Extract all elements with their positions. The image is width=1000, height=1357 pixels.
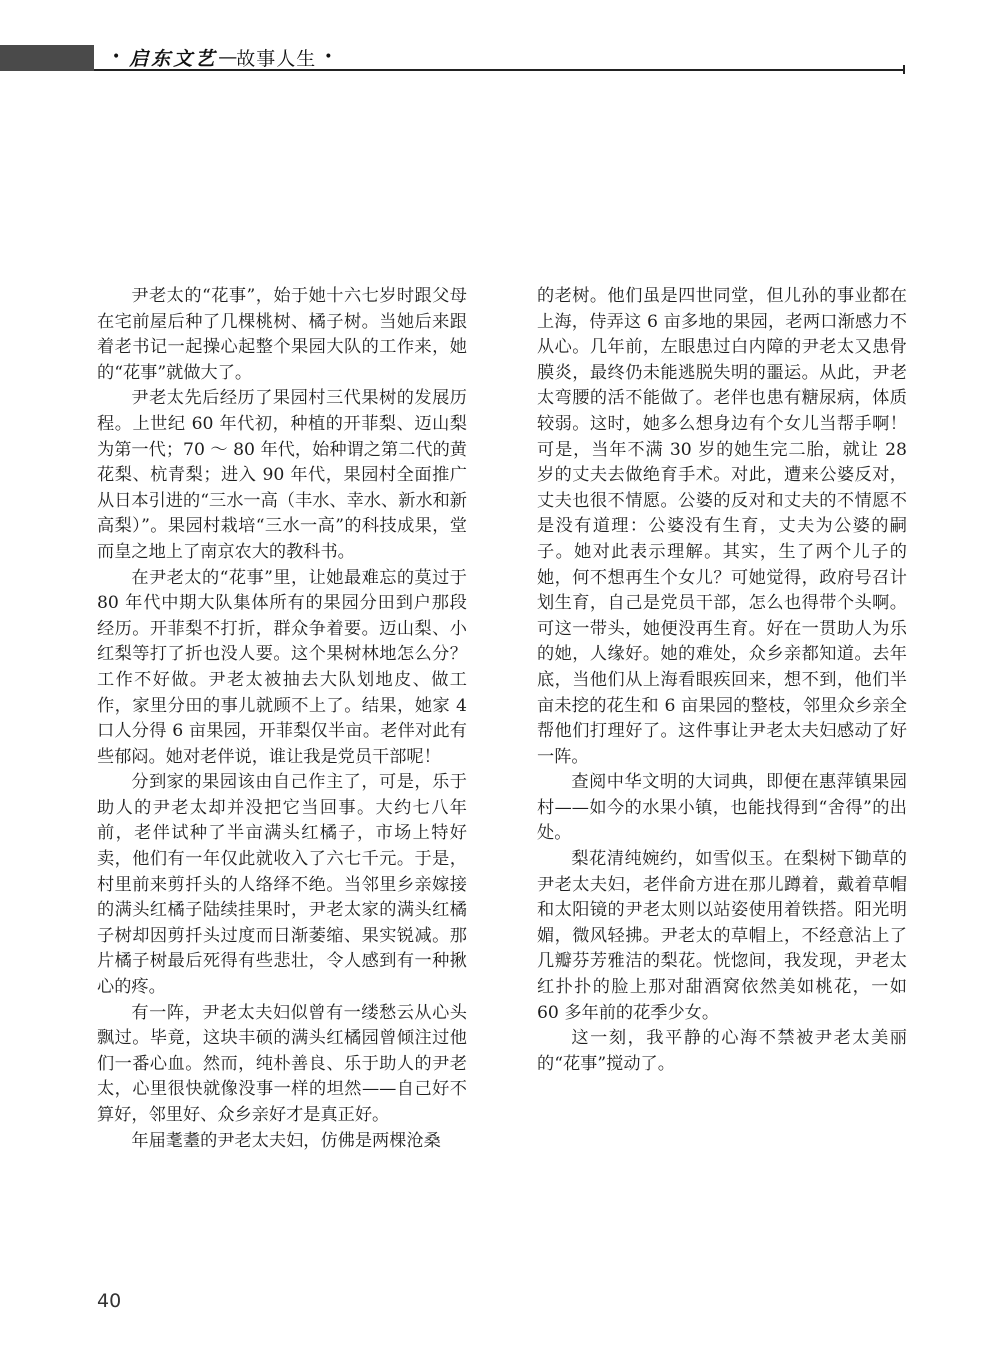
- paragraph: 年届耄耋的尹老太夫妇，仿佛是两棵沧桑: [97, 1129, 467, 1155]
- bullet-dot-icon: •: [112, 49, 121, 65]
- paragraph-continued: 的老树。他们虽是四世同堂，但儿孙的事业都在上海，侍弄这 6 亩多地的果园，老两口…: [537, 284, 907, 770]
- paragraph: 尹老太的“花事”，始于她十六七岁时跟父母在宅前屋后种了几棵桃树、橘子树。当她后来…: [97, 284, 467, 386]
- magazine-name: 启东文艺: [129, 44, 217, 71]
- header-dark-bar: [0, 45, 94, 71]
- page-number: 40: [97, 1290, 121, 1312]
- paragraph: 在尹老太的“花事”里，让她最难忘的莫过于 80 年代中期大队集体所有的果园分田到…: [97, 566, 467, 771]
- paragraph: 这一刻，我平静的心海不禁被尹老太美丽的“花事”搅动了。: [537, 1026, 907, 1077]
- paragraph: 分到家的果园该由自己作主了，可是，乐于助人的尹老太却并没把它当回事。大约七八年前…: [97, 770, 467, 1000]
- header-rule-end-tick: [903, 65, 905, 74]
- header-dash: —: [218, 46, 235, 68]
- running-header: • 启东文艺 — 故事人生 •: [104, 45, 342, 69]
- paragraph: 查阅中华文明的大词典，即便在惠萍镇果园村——如今的水果小镇，也能找得到“舍得”的…: [537, 770, 907, 847]
- paragraph: 有一阵，尹老太夫妇似曾有一缕愁云从心头飘过。毕竟，这块丰硕的满头红橘园曾倾注过他…: [97, 1001, 467, 1129]
- article-column-left: 尹老太的“花事”，始于她十六七岁时跟父母在宅前屋后种了几棵桃树、橘子树。当她后来…: [97, 284, 467, 1154]
- section-name: 故事人生: [236, 44, 316, 71]
- paragraph: 尹老太先后经历了果园村三代果树的发展历程。上世纪 60 年代初，种植的开菲梨、迈…: [97, 386, 467, 565]
- article-column-right: 的老树。他们虽是四世同堂，但儿孙的事业都在上海，侍弄这 6 亩多地的果园，老两口…: [537, 284, 907, 1077]
- paragraph: 梨花清纯婉约，如雪似玉。在梨树下锄草的尹老太夫妇，老伴俞方进在那儿蹲着，戴着草帽…: [537, 847, 907, 1026]
- bullet-dot-icon: •: [324, 49, 333, 65]
